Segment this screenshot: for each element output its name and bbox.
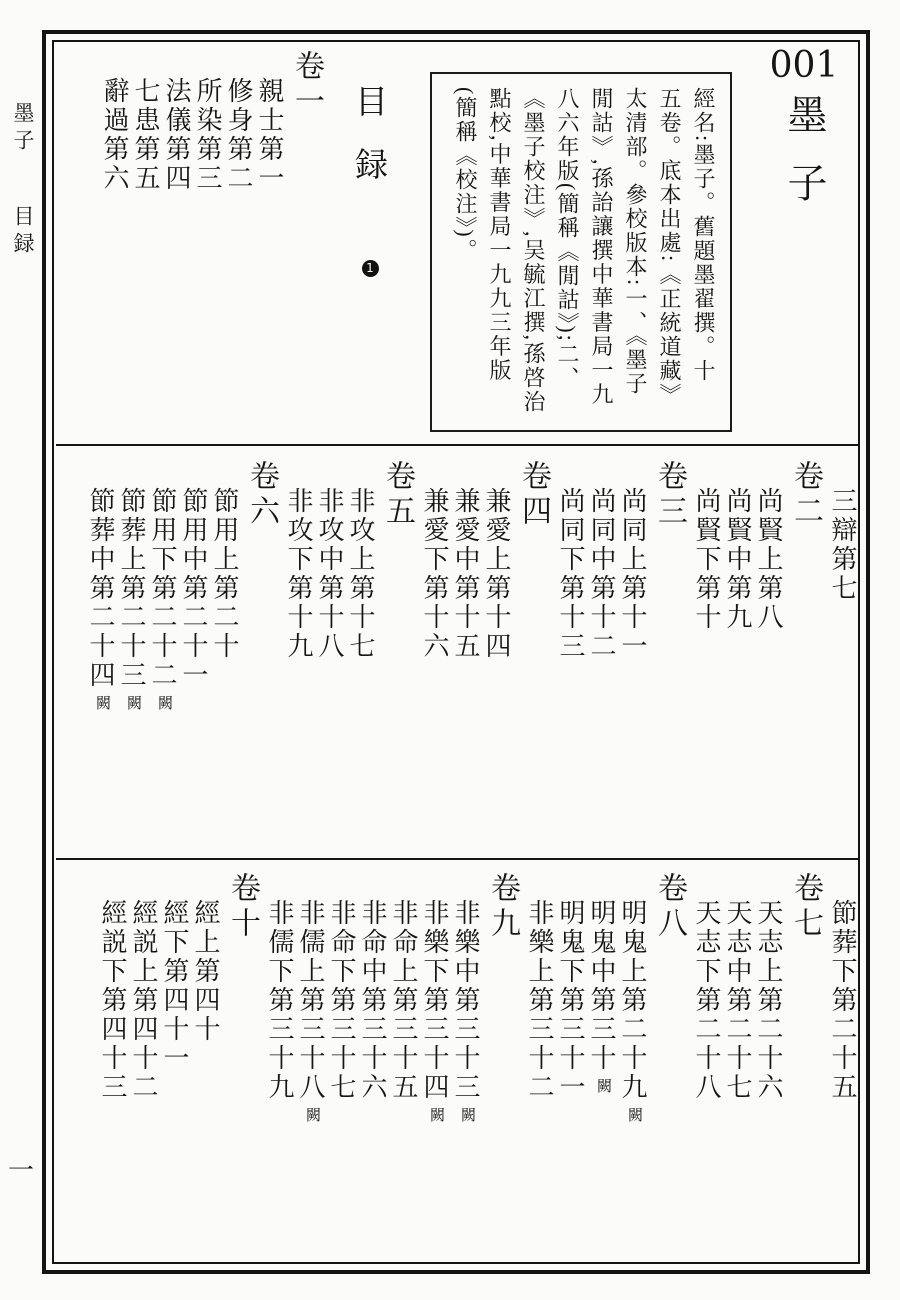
spine-book-title: 墨子 (11, 102, 35, 156)
toc-chapter-entry: 非命下第三十七 (326, 872, 356, 1272)
toc-chapter-entry: 節用下第二十二闕 (147, 460, 177, 852)
folio-number: 001 (762, 46, 846, 86)
edition-note-line: 《墨子校注》,吴毓江撰,孫啓治 (516, 87, 550, 417)
toc-volume-heading: 卷二 (788, 460, 822, 852)
edition-note-line: 太清部。參校版本:一、《墨子 (618, 87, 652, 417)
book-title: 墨子 (781, 94, 827, 230)
toc-chapter-entry: 尚同下第十三 (555, 460, 585, 852)
toc-chapter-entry: 非樂上第三十二 (524, 872, 554, 1272)
edition-note-line: 閒詁》,孫詒讓撰中華書局一九 (584, 87, 618, 417)
toc-chapter-entry: 經説下第四十三 (97, 872, 127, 1272)
edition-note-line: 五卷。底本出處:《正統道藏》 (652, 87, 686, 417)
toc-chapter-entry: 非命上第三十五 (388, 872, 418, 1272)
missing-chapter-note: 闕 (588, 1078, 618, 1093)
missing-chapter-note: 闕 (87, 695, 117, 710)
toc-chapter-entry: 尚賢上第八 (753, 460, 783, 852)
toc-chapter-entry: 尚賢下第十 (691, 460, 721, 852)
toc-chapter-entry: 經説上第四十二 (128, 872, 158, 1272)
edition-note-box: 經名:墨子。舊題墨翟撰。十五卷。底本出處:《正統道藏》太清部。參校版本:一、《墨… (430, 72, 732, 432)
toc-chapter-entry: 兼愛上第十四 (481, 460, 511, 852)
toc-volume-heading: 卷一 (289, 50, 323, 450)
toc-volume-heading: 卷三 (652, 460, 686, 852)
toc-chapter-entry: 兼愛下第十六 (419, 460, 449, 852)
toc-chapter-entry: 非儒下第三十九 (264, 872, 294, 1272)
toc-chapter-entry: 非攻下第十九 (283, 460, 313, 852)
toc-volume-heading: 卷七 (788, 872, 822, 1272)
toc-chapter-entry: 非樂中第三十三闕 (450, 872, 480, 1272)
edition-note-line: 經名:墨子。舊題墨翟撰。十 (686, 87, 720, 417)
toc-chapter-entry: 三辯第七 (827, 460, 857, 852)
toc-chapter-entry: 非樂下第三十四闕 (419, 872, 449, 1272)
page-number: 一 (8, 1158, 34, 1184)
toc-chapter-entry: 七患第五 (130, 50, 160, 450)
toc-chapter-entry: 經上第四十 (190, 872, 220, 1272)
missing-chapter-note: 闕 (421, 1107, 451, 1122)
toc-chapter-entry: 明鬼中第三十闕 (586, 872, 616, 1272)
missing-chapter-note: 闕 (118, 695, 148, 710)
toc-chapter-entry: 非儒上第三十八闕 (295, 872, 325, 1272)
toc-chapter-entry: 節用上第二十 (209, 460, 239, 852)
spine-label: 墨子 目録 (8, 102, 38, 259)
toc-volume-heading: 卷九 (485, 872, 519, 1272)
toc-chapter-entry: 天志下第二十八 (691, 872, 721, 1272)
toc-chapter-entry: 經下第四十一 (159, 872, 189, 1272)
toc-section-top: 卷一親士第一修身第二所染第三法儀第四七患第五辭過第六 (76, 50, 328, 450)
toc-chapter-entry: 尚賢中第九 (722, 460, 752, 852)
toc-volume-heading: 卷八 (652, 872, 686, 1272)
missing-chapter-note: 闕 (149, 695, 179, 710)
toc-chapter-entry: 天志上第二十六 (753, 872, 783, 1272)
missing-chapter-note: 闕 (297, 1107, 327, 1122)
toc-chapter-entry: 親士第一 (254, 50, 284, 450)
section-divider (56, 444, 860, 446)
toc-section-middle: 三辯第七卷二尚賢上第八尚賢中第九尚賢下第十卷三尚同上第十一尚同中第十二尚同下第十… (52, 460, 858, 852)
toc-chapter-entry: 節葬下第二十五 (827, 872, 857, 1272)
toc-chapter-entry: 非攻中第十八 (314, 460, 344, 852)
spine-section-title: 目録 (11, 205, 35, 259)
toc-heading: 目録 1 (346, 84, 390, 277)
edition-note-line: (簡稱《校注》)。 (448, 87, 482, 417)
toc-chapter-entry: 非攻上第十七 (345, 460, 375, 852)
toc-heading-text: 目録 (350, 84, 386, 210)
toc-volume-heading: 卷六 (244, 460, 278, 852)
toc-chapter-entry: 明鬼上第二十九闕 (617, 872, 647, 1272)
toc-volume-heading: 卷十 (225, 872, 259, 1272)
toc-chapter-entry: 明鬼下第三十一 (555, 872, 585, 1272)
toc-chapter-entry: 節葬中第二十四闕 (85, 460, 115, 852)
toc-chapter-entry: 法儀第四 (161, 50, 191, 450)
toc-chapter-entry: 節用中第二十一 (178, 460, 208, 852)
toc-chapter-entry: 非命中第三十六 (357, 872, 387, 1272)
toc-volume-heading: 卷五 (380, 460, 414, 852)
footnote-marker-icon: 1 (362, 260, 379, 277)
toc-chapter-entry: 辭過第六 (99, 50, 129, 450)
edition-note-line: 八六年版(簡稱《閒詁》);二、 (550, 87, 584, 417)
toc-chapter-entry: 所染第三 (192, 50, 222, 450)
toc-chapter-entry: 尚同上第十一 (617, 460, 647, 852)
toc-chapter-entry: 修身第二 (223, 50, 253, 450)
title-block: 001 墨子 (762, 46, 846, 230)
toc-chapter-entry: 節葬上第二十三闕 (116, 460, 146, 852)
toc-volume-heading: 卷四 (516, 460, 550, 852)
toc-chapter-entry: 尚同中第十二 (586, 460, 616, 852)
edition-note-line: 點校,中華書局一九九三年版 (482, 87, 516, 417)
toc-chapter-entry: 兼愛中第十五 (450, 460, 480, 852)
section-divider (56, 858, 860, 860)
toc-chapter-entry: 天志中第二十七 (722, 872, 752, 1272)
missing-chapter-note: 闕 (619, 1107, 649, 1122)
missing-chapter-note: 闕 (452, 1107, 482, 1122)
toc-section-bottom: 節葬下第二十五卷七天志上第二十六天志中第二十七天志下第二十八卷八明鬼上第二十九闕… (52, 872, 858, 1272)
